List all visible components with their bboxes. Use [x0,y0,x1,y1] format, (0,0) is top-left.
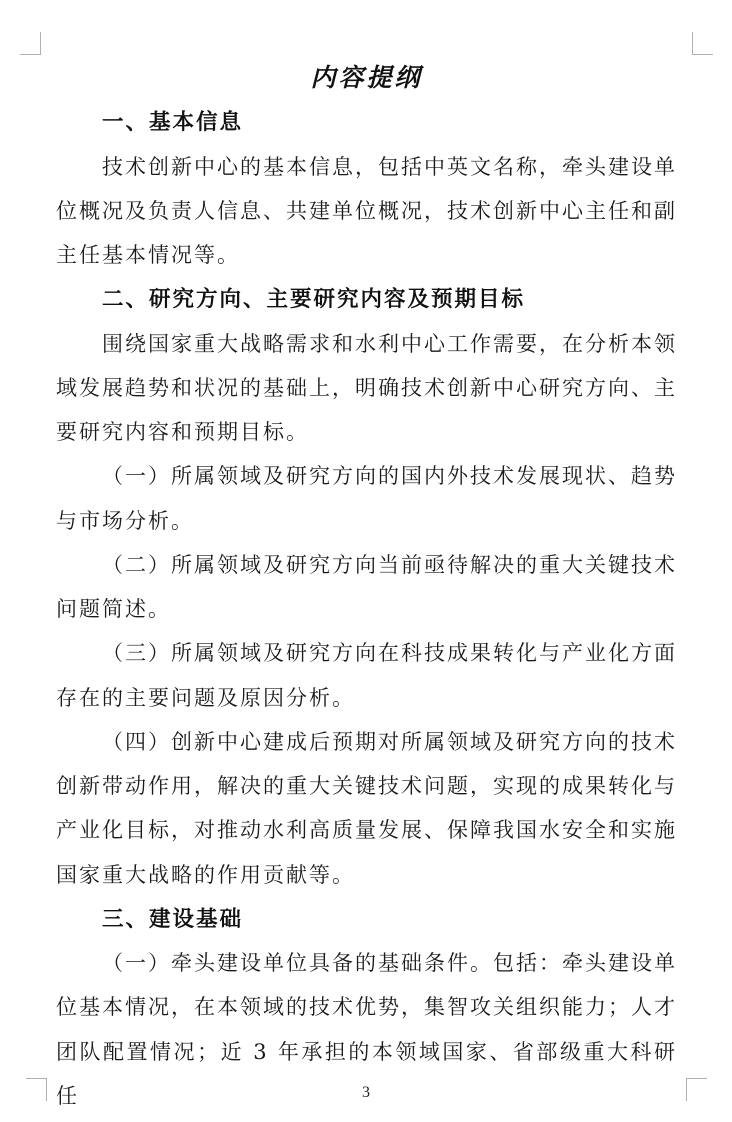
paragraph: （一）所属领域及研究方向的国内外技术发展现状、趋势与市场分析。 [56,454,677,543]
paragraph: （四）创新中心建成后预期对所属领域及研究方向的技术创新带动作用，解决的重大关键技… [56,720,677,897]
paragraph: 技术创新中心的基本信息，包括中英文名称，牵头建设单位概况及负责人信息、共建单位概… [56,145,677,278]
section-heading-research-direction: 二、研究方向、主要研究内容及预期目标 [56,277,677,321]
paragraph: （二）所属领域及研究方向当前亟待解决的重大关键技术问题简述。 [56,543,677,632]
section-heading-construction-foundation: 三、建设基础 [56,897,677,941]
text-boundary-mark-top-right [692,32,713,55]
paragraph: （三）所属领域及研究方向在科技成果转化与产业化方面存在的主要问题及原因分析。 [56,631,677,720]
document-page: 内容提纲 一、基本信息 技术创新中心的基本信息，包括中英文名称，牵头建设单位概况… [0,0,732,1122]
document-title: 内容提纲 [56,56,677,100]
text-boundary-mark-top-left [20,32,41,55]
section-heading-basic-info: 一、基本信息 [56,100,677,144]
document-content: 内容提纲 一、基本信息 技术创新中心的基本信息，包括中英文名称，牵头建设单位概况… [56,56,677,1118]
page-number: 3 [0,1082,732,1104]
paragraph: 围绕国家重大战略需求和水利中心工作需要，在分析本领域发展趋势和状况的基础上，明确… [56,322,677,455]
